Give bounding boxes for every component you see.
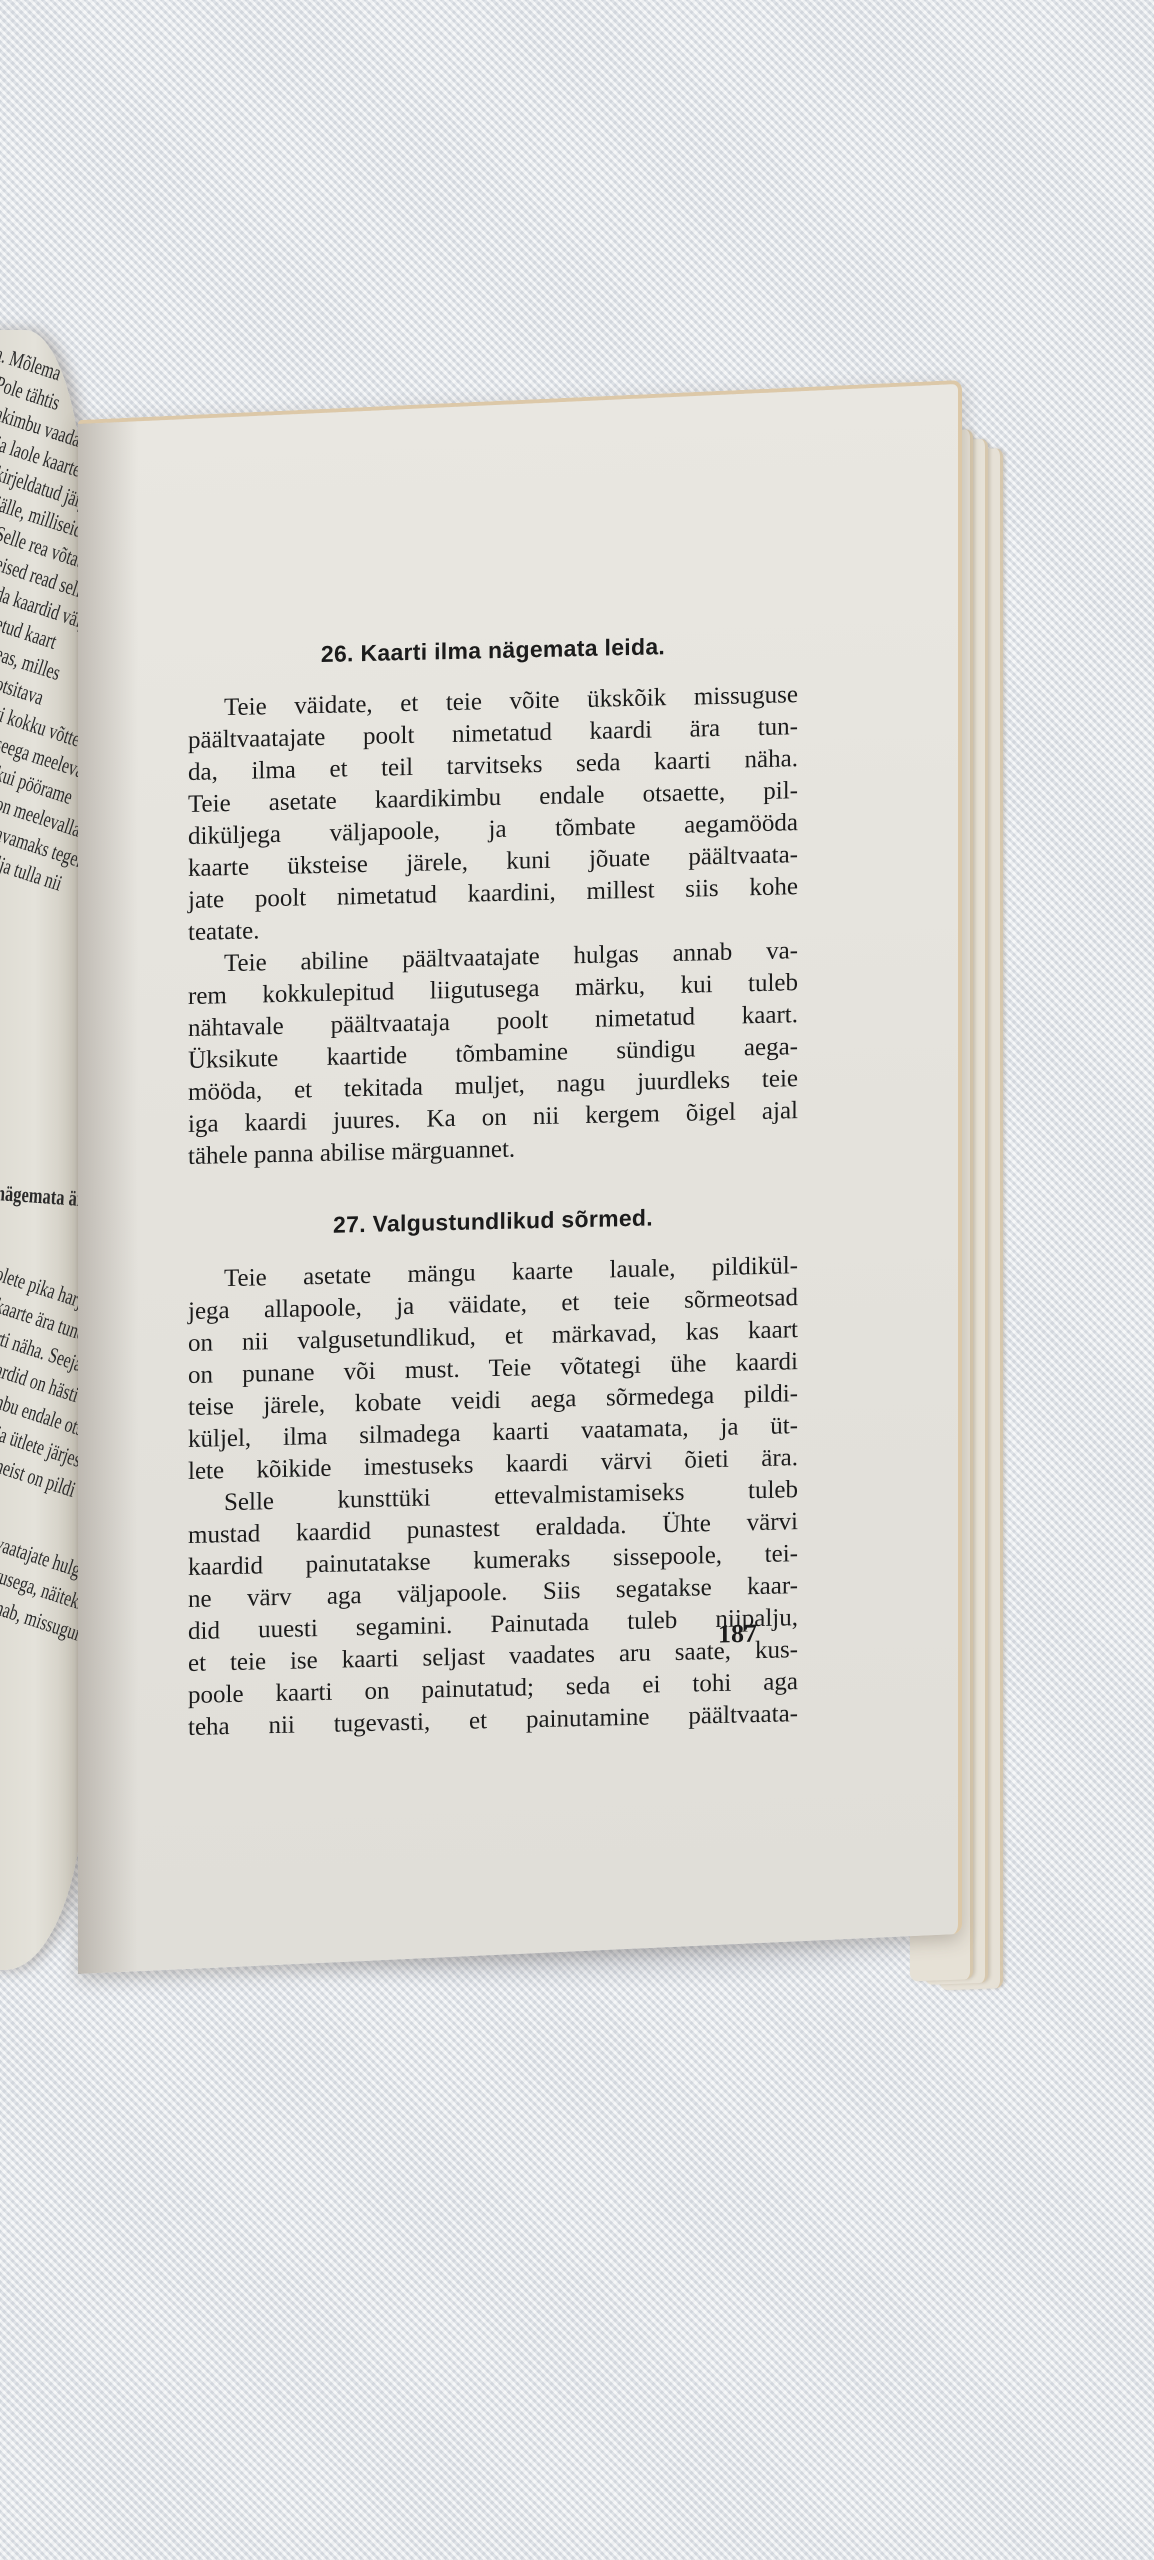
section-title-26: 26. Kaarti ilma nägemata leida. bbox=[188, 630, 798, 671]
paragraph: Teie abiline päältvaatajate hulgas annab… bbox=[188, 935, 798, 1173]
right-page: 26. Kaarti ilma nägemata leida. Teie väi… bbox=[78, 380, 962, 1974]
page-number: 187 bbox=[718, 1619, 757, 1650]
page-text-block: 26. Kaarti ilma nägemata leida. Teie väi… bbox=[188, 630, 798, 1744]
page-gutter-shadow bbox=[78, 421, 138, 1974]
paragraph: Selle kunsttüki ettevalmistamiseks tuleb… bbox=[188, 1474, 798, 1744]
left-page-heading: nägemata ära bbox=[0, 1180, 85, 1213]
paragraph: Teie asetate mängu kaarte lauale, pildik… bbox=[188, 1250, 798, 1488]
left-page: a. Mõlema Pole tähtis akimbu vaadate ja … bbox=[0, 330, 85, 1970]
paragraph: Teie väidate, et teie võite ükskõik miss… bbox=[188, 679, 798, 949]
